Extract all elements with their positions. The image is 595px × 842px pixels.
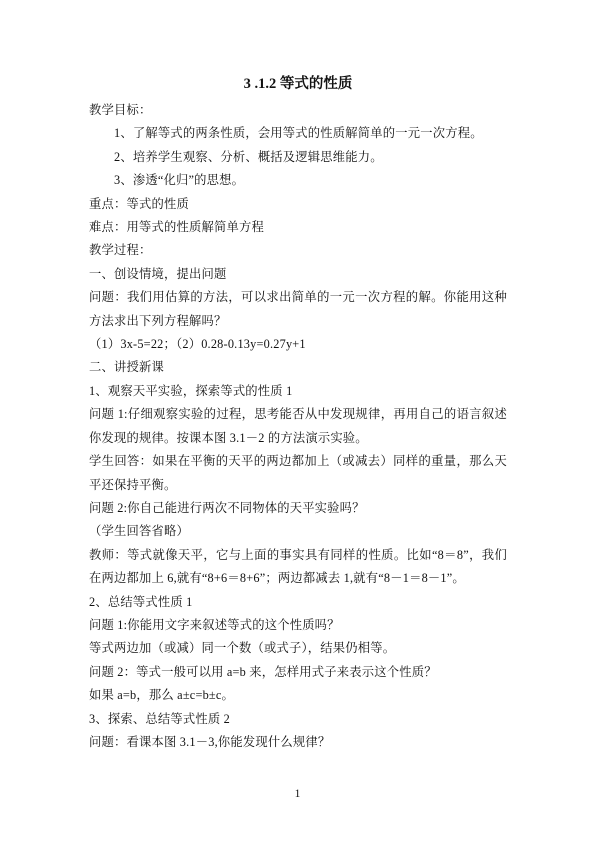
paragraph-final-question: 问题：看课本图 3.1－3,你能发现什么规律？ [89, 731, 507, 754]
paragraph-property-2-heading: 3、探索、总结等式性质 2 [89, 708, 507, 731]
paragraph-summary-property-1-heading: 2、总结等式性质 1 [89, 591, 507, 614]
paragraph-experiment-heading: 1、观察天平实验，探索等式的性质 1 [89, 380, 507, 403]
page-number: 1 [0, 788, 595, 800]
paragraph-goal-1: 1、了解等式的两条性质，会用等式的性质解简单的一元一次方程。 [89, 122, 507, 145]
paragraph-section-2-heading: 二、讲授新课 [89, 356, 507, 379]
paragraph-difficult-point: 难点：用等式的性质解简单方程 [89, 216, 507, 239]
paragraph-answer-omitted: （学生回答省略） [89, 520, 507, 543]
paragraph-teacher-remark: 教师：等式就像天平，它与上面的事实具有同样的性质。比如“8＝8”，我们在两边都加… [89, 544, 507, 591]
document-page: 3 .1.2 等式的性质 教学目标： 1、了解等式的两条性质，会用等式的性质解简… [0, 0, 595, 842]
paragraph-equations: （1）3x-5=22；（2）0.28-0.13y=0.27y+1 [89, 333, 507, 356]
paragraph-property-statement: 等式两边加（或减）同一个数（或式子），结果仍相等。 [89, 637, 507, 660]
paragraph-key-point: 重点：等式的性质 [89, 193, 507, 216]
paragraph-property-question-2: 问题 2：等式一般可以用 a=b 来，怎样用式子来表示这个性质？ [89, 661, 507, 684]
paragraph-question-intro: 问题：我们用估算的方法，可以求出简单的一元一次方程的解。你能用这种方法求出下列方… [89, 286, 507, 333]
paragraph-teaching-goals-heading: 教学目标： [89, 99, 507, 122]
paragraph-teaching-process-heading: 教学过程： [89, 239, 507, 262]
paragraph-goal-3: 3、渗透“化归”的思想。 [89, 169, 507, 192]
paragraph-property-formula: 如果 a=b，那么 a±c=b±c。 [89, 684, 507, 707]
page-title: 3 .1.2 等式的性质 [89, 72, 507, 97]
document-body: 3 .1.2 等式的性质 教学目标： 1、了解等式的两条性质，会用等式的性质解简… [89, 72, 507, 754]
paragraph-student-answer: 学生回答：如果在平衡的天平的两边都加上（或减去）同样的重量，那么天平还保持平衡。 [89, 450, 507, 497]
paragraph-section-1-heading: 一、创设情境，提出问题 [89, 263, 507, 286]
paragraph-question-2: 问题 2:你自己能进行两次不同物体的天平实验吗？ [89, 497, 507, 520]
paragraph-question-1: 问题 1:仔细观察实验的过程，思考能否从中发现规律，再用自己的语言叙述你发现的规… [89, 403, 507, 450]
paragraph-goal-2: 2、培养学生观察、分析、概括及逻辑思维能力。 [89, 146, 507, 169]
paragraph-property-question-1: 问题 1:你能用文字来叙述等式的这个性质吗？ [89, 614, 507, 637]
